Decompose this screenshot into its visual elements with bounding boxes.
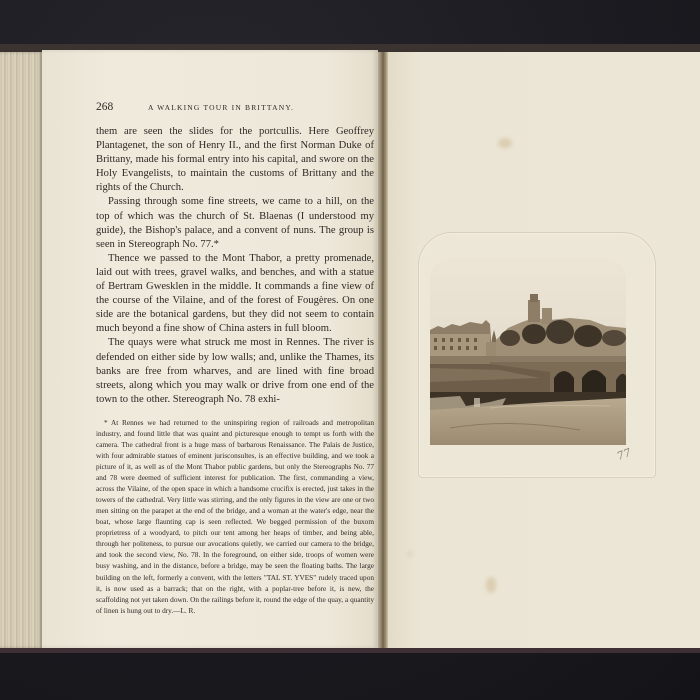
running-head-title: A WALKING TOUR IN BRITTANY.: [148, 103, 294, 112]
paragraph: The quays were what struck me most in Re…: [96, 336, 374, 406]
paragraph: them are seen the slides for the portcul…: [96, 125, 374, 195]
body-text: them are seen the slides for the portcul…: [96, 125, 374, 407]
foxing-stain: [498, 138, 512, 148]
rennes-bridge-image: [430, 258, 626, 445]
page-number: 268: [96, 101, 148, 113]
footnote: * At Rennes we had returned to the unins…: [96, 417, 374, 616]
foxing-stain: [408, 552, 412, 556]
paragraph: Thence we passed to the Mont Thabor, a p…: [96, 252, 374, 337]
running-head: 268 A WALKING TOUR IN BRITTANY.: [96, 101, 374, 117]
footnote-text: * At Rennes we had returned to the unins…: [96, 417, 374, 616]
stereograph-photo: [430, 258, 626, 445]
foxing-stain: [486, 577, 496, 593]
left-page-text: 268 A WALKING TOUR IN BRITTANY. them are…: [96, 101, 374, 616]
page-stack-edges: [0, 52, 42, 648]
book-gutter: [378, 52, 388, 648]
paragraph: Passing through some fine streets, we ca…: [96, 195, 374, 251]
